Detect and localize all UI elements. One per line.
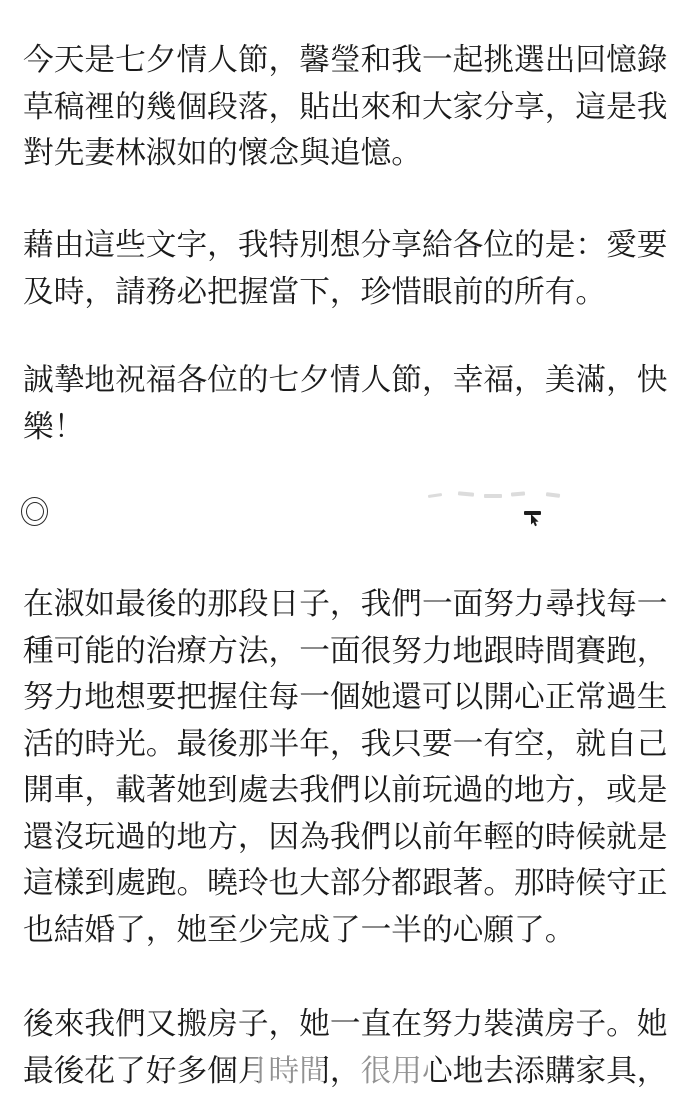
paragraph-message: 藉由這些文字，我特別想分享給各位的是：愛要 及時，請務必把握當下，珍惜眼前的所有… [23, 222, 672, 315]
text-line: 開車，載著她到處去我們以前玩過的地方，或是 [23, 767, 672, 814]
text-line: 活的時光。最後那半年，我只要一有空，就自己 [23, 721, 672, 768]
article-page: 今天是七夕情人節，馨瑩和我一起挑選出回憶錄 草稿裡的幾個段落，貼出來和大家分享，… [0, 0, 690, 1099]
text-line: 也結婚了，她至少完成了一半的心願了。 [23, 907, 672, 954]
text-line: 草稿裡的幾個段落，貼出來和大家分享，這是我 [23, 84, 672, 131]
paragraph-memoir-excerpt-2: 後來我們又搬房子，她一直在努力裝潢房子。她 最後花了好多個月時間，很用心地去添購… [23, 1001, 672, 1094]
text-line: 還沒玩過的地方，因為我們以前年輕的時候就是 [23, 814, 672, 861]
mouse-cursor-icon [530, 514, 542, 527]
bullseye-inner-ring [26, 502, 44, 521]
text-line: 誠摯地祝福各位的七夕情人節，幸福，美滿，快 [23, 357, 672, 404]
faded-glyph-fragment [511, 491, 525, 496]
text-line: 對先妻林淑如的懷念與追憶。 [23, 130, 672, 177]
text-line: 在淑如最後的那段日子，我們一面努力尋找每一 [23, 581, 672, 628]
section-divider-bullseye-icon: ◎ [21, 497, 51, 527]
text-line: 種可能的治療方法，一面很努力地跟時間賽跑， [23, 628, 672, 675]
faded-glyph-fragment [546, 492, 560, 498]
faded-glyph-fragment [458, 491, 474, 496]
paragraph-blessing: 誠摯地祝福各位的七夕情人節，幸福，美滿，快 樂！ [23, 357, 672, 450]
text-line: 藉由這些文字，我特別想分享給各位的是：愛要 [23, 222, 672, 269]
paragraph-intro: 今天是七夕情人節，馨瑩和我一起挑選出回憶錄 草稿裡的幾個段落，貼出來和大家分享，… [23, 37, 672, 177]
text-line: 最後花了好多個月時間，很用心地去添購家具， [23, 1048, 672, 1095]
paragraph-memoir-excerpt-1: 在淑如最後的那段日子，我們一面努力尋找每一 種可能的治療方法，一面很努力地跟時間… [23, 581, 672, 953]
text-line: 努力地想要把握住每一個她還可以開心正常過生 [23, 674, 672, 721]
text-line: 後來我們又搬房子，她一直在努力裝潢房子。她 [23, 1001, 672, 1048]
faded-glyph-fragment [484, 494, 502, 498]
text-line: 這樣到處跑。曉玲也大部分都跟著。那時候守正 [23, 860, 672, 907]
faded-glyph-fragment [428, 493, 442, 498]
text-line: 樂！ [23, 404, 672, 451]
text-line: 今天是七夕情人節，馨瑩和我一起挑選出回憶錄 [23, 37, 672, 84]
text-line: 及時，請務必把握當下，珍惜眼前的所有。 [23, 269, 672, 316]
